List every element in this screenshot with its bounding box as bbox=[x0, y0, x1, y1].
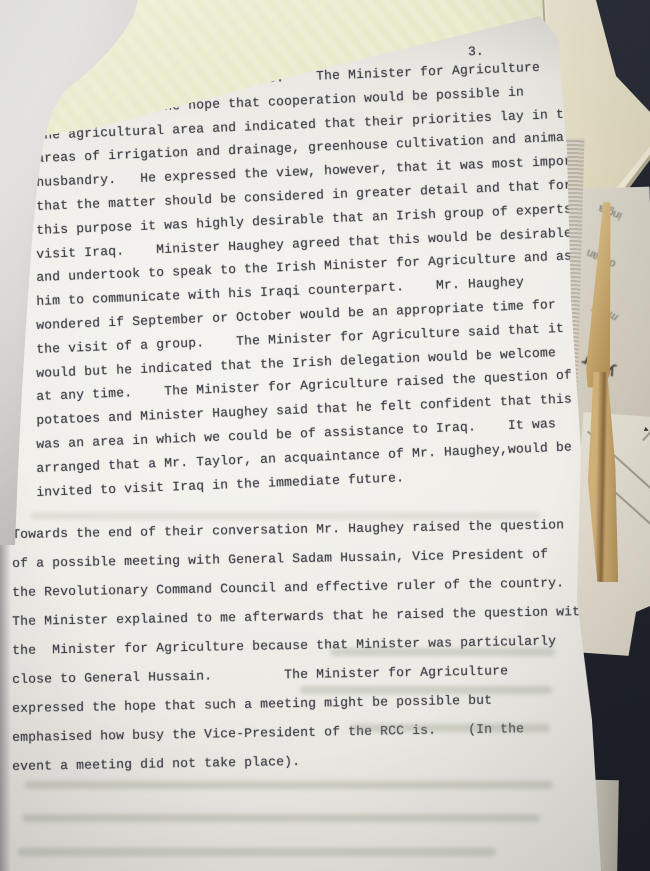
page-number: 3. bbox=[468, 44, 484, 60]
show-through-text bbox=[25, 781, 553, 789]
show-through-text bbox=[350, 724, 550, 732]
show-through-text bbox=[330, 648, 555, 656]
show-through-text bbox=[30, 512, 540, 520]
show-through-text bbox=[18, 848, 496, 856]
typewritten-page: 3. erable expertise in many areas. The M… bbox=[0, 0, 650, 871]
paragraph-2: Towards the end of their conversation Mr… bbox=[12, 527, 588, 788]
photo-of-archive-document: ing a on, an marki your ◂ 3. erable expe… bbox=[0, 0, 650, 871]
paragraph-1: erable expertise in many areas. The Mini… bbox=[36, 80, 604, 508]
show-through-text bbox=[22, 814, 540, 822]
show-through-text bbox=[300, 686, 552, 694]
